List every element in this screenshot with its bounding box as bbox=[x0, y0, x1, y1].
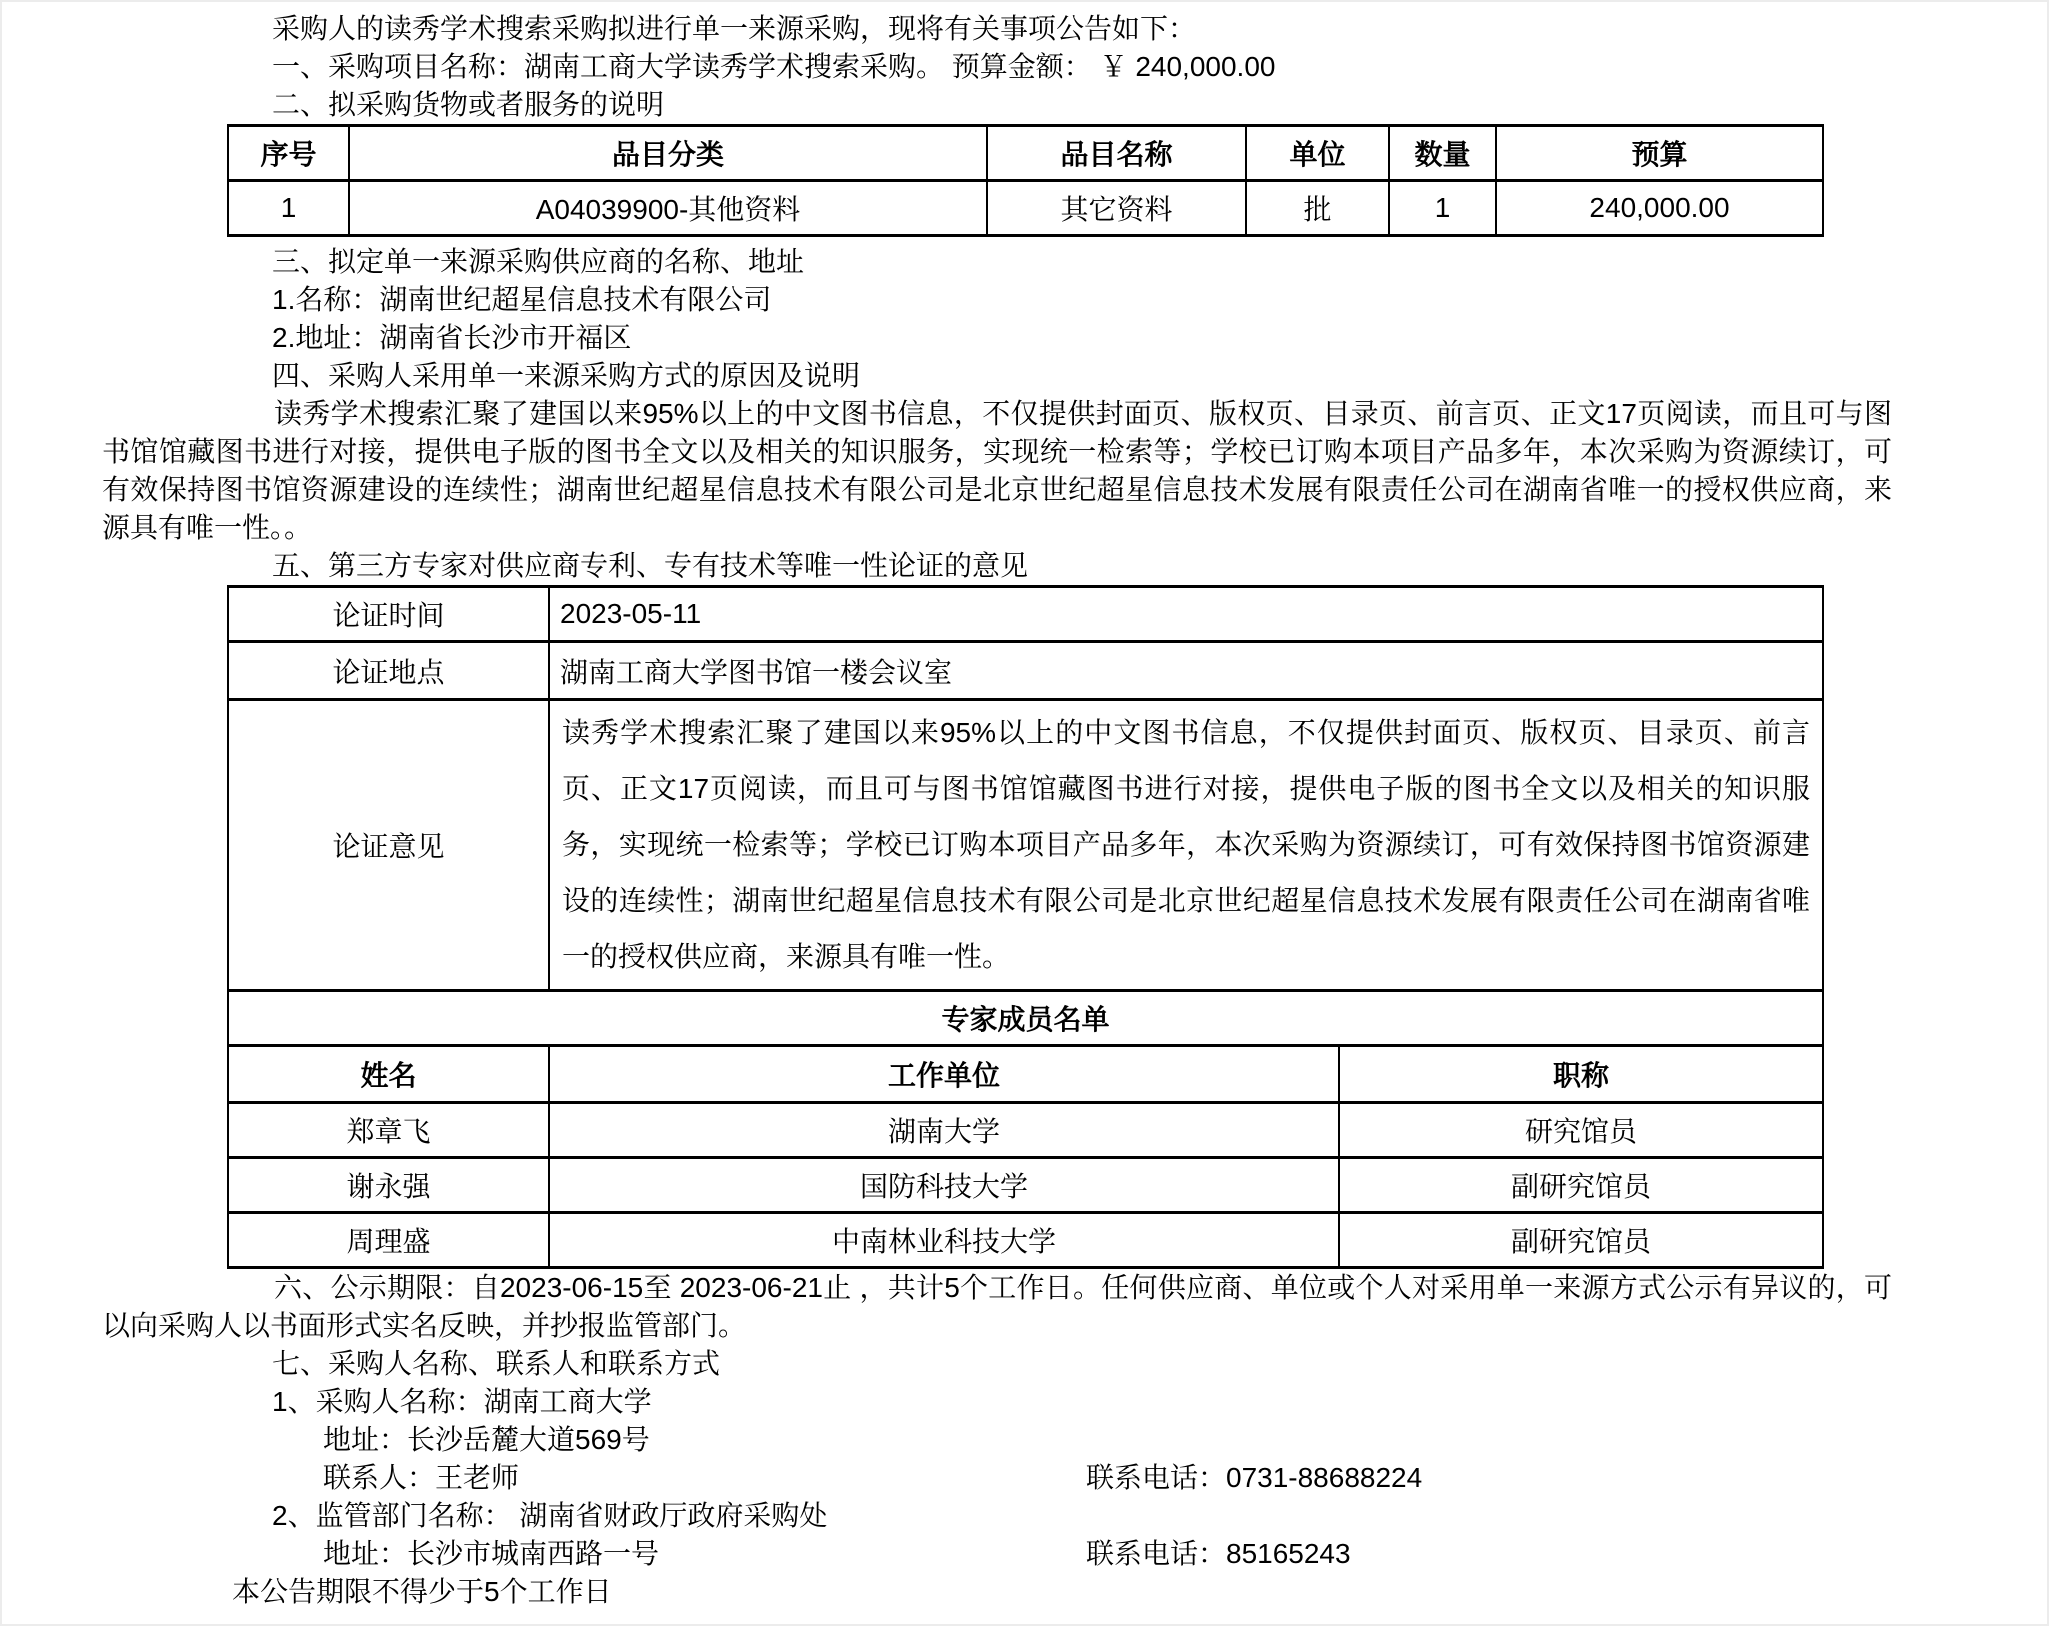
footer-note: 本公告期限不得少于5个工作日 bbox=[102, 1573, 1892, 1611]
experts-header-org: 工作单位 bbox=[549, 1046, 1339, 1103]
expert-org: 湖南大学 bbox=[549, 1103, 1339, 1158]
section-1-project-name: 一、采购项目名称：湖南工商大学读秀学术搜索采购。 预算金额： ￥ 240,000… bbox=[102, 48, 1892, 86]
items-header-quantity: 数量 bbox=[1389, 126, 1496, 181]
demo-place-value: 湖南工商大学图书馆一楼会议室 bbox=[549, 642, 1823, 700]
experts-title: 专家成员名单 bbox=[228, 991, 1823, 1046]
item-unit: 批 bbox=[1246, 181, 1389, 236]
section-7-heading: 七、采购人名称、联系人和联系方式 bbox=[102, 1345, 1892, 1383]
expert-name: 周理盛 bbox=[228, 1213, 549, 1268]
expert-name: 郑章飞 bbox=[228, 1103, 549, 1158]
regulator-address-row: 地址：长沙市城南西路一号 联系电话：85165243 bbox=[102, 1535, 1892, 1573]
experts-title-row: 专家成员名单 bbox=[228, 991, 1823, 1046]
demo-opinion-label: 论证意见 bbox=[228, 700, 549, 991]
expert-row: 谢永强 国防科技大学 副研究馆员 bbox=[228, 1158, 1823, 1213]
demo-time-row: 论证时间 2023-05-11 bbox=[228, 587, 1823, 642]
demo-place-row: 论证地点 湖南工商大学图书馆一楼会议室 bbox=[228, 642, 1823, 700]
purchaser-phone: 联系电话：0731-88688224 bbox=[1086, 1459, 1422, 1497]
expert-title: 副研究馆员 bbox=[1339, 1213, 1823, 1268]
intro-line: 采购人的读秀学术搜索采购拟进行单一来源采购，现将有关事项公告如下： bbox=[102, 10, 1892, 48]
purchaser-contact-row: 联系人：王老师 联系电话：0731-88688224 bbox=[102, 1459, 1892, 1497]
demo-opinion-value: 读秀学术搜索汇聚了建国以来95%以上的中文图书信息，不仅提供封面页、版权页、目录… bbox=[549, 700, 1823, 991]
purchaser-address-line: 地址：长沙岳麓大道569号 bbox=[102, 1421, 1892, 1459]
expert-title: 研究馆员 bbox=[1339, 1103, 1823, 1158]
expert-org: 国防科技大学 bbox=[549, 1158, 1339, 1213]
demo-time-value: 2023-05-11 bbox=[549, 587, 1823, 642]
item-budget: 240,000.00 bbox=[1496, 181, 1823, 236]
expert-org: 中南林业科技大学 bbox=[549, 1213, 1339, 1268]
regulator-phone: 联系电话：85165243 bbox=[1086, 1535, 1351, 1573]
section-6-publicity-period: 六、公示期限：自2023-06-15至 2023-06-21止 ，共计5个工作日… bbox=[102, 1269, 1892, 1345]
section-3-heading: 三、拟定单一来源采购供应商的名称、地址 bbox=[102, 243, 1892, 281]
items-table: 序号 品目分类 品目名称 单位 数量 预算 1 A04039900-其他资料 其… bbox=[227, 124, 1824, 237]
items-header-budget: 预算 bbox=[1496, 126, 1823, 181]
experts-header-title: 职称 bbox=[1339, 1046, 1823, 1103]
items-table-row: 1 A04039900-其他资料 其它资料 批 1 240,000.00 bbox=[228, 181, 1823, 236]
expert-row: 郑章飞 湖南大学 研究馆员 bbox=[228, 1103, 1823, 1158]
items-header-unit: 单位 bbox=[1246, 126, 1389, 181]
expert-row: 周理盛 中南林业科技大学 副研究馆员 bbox=[228, 1213, 1823, 1268]
items-header-seq: 序号 bbox=[228, 126, 349, 181]
experts-header-name: 姓名 bbox=[228, 1046, 549, 1103]
item-category: A04039900-其他资料 bbox=[349, 181, 987, 236]
section-4-body: 读秀学术搜索汇聚了建国以来95%以上的中文图书信息，不仅提供封面页、版权页、目录… bbox=[102, 395, 1892, 547]
purchaser-name-line: 1、采购人名称：湖南工商大学 bbox=[102, 1383, 1892, 1421]
section-5-heading: 五、第三方专家对供应商专利、专有技术等唯一性论证的意见 bbox=[102, 547, 1892, 585]
expert-name: 谢永强 bbox=[228, 1158, 549, 1213]
supplier-name-line: 1.名称：湖南世纪超星信息技术有限公司 bbox=[102, 281, 1892, 319]
regulator-name-line: 2、监管部门名称： 湖南省财政厅政府采购处 bbox=[102, 1497, 1892, 1535]
items-header-name: 品目名称 bbox=[987, 126, 1246, 181]
expert-title: 副研究馆员 bbox=[1339, 1158, 1823, 1213]
announcement-document: 采购人的读秀学术搜索采购拟进行单一来源采购，现将有关事项公告如下： 一、采购项目… bbox=[0, 0, 2049, 1626]
items-table-header-row: 序号 品目分类 品目名称 单位 数量 预算 bbox=[228, 126, 1823, 181]
item-name: 其它资料 bbox=[987, 181, 1246, 236]
section-2-heading: 二、拟采购货物或者服务的说明 bbox=[102, 86, 1892, 124]
supplier-address-line: 2.地址：湖南省长沙市开福区 bbox=[102, 319, 1892, 357]
purchaser-contact-person: 联系人：王老师 bbox=[323, 1462, 519, 1493]
demo-opinion-row: 论证意见 读秀学术搜索汇聚了建国以来95%以上的中文图书信息，不仅提供封面页、版… bbox=[228, 700, 1823, 991]
demo-place-label: 论证地点 bbox=[228, 642, 549, 700]
regulator-address: 地址：长沙市城南西路一号 bbox=[323, 1538, 659, 1569]
demo-time-label: 论证时间 bbox=[228, 587, 549, 642]
section-4-heading: 四、采购人采用单一来源采购方式的原因及说明 bbox=[102, 357, 1892, 395]
items-header-category: 品目分类 bbox=[349, 126, 987, 181]
item-seq: 1 bbox=[228, 181, 349, 236]
demonstration-table: 论证时间 2023-05-11 论证地点 湖南工商大学图书馆一楼会议室 论证意见… bbox=[227, 585, 1824, 1269]
experts-header-row: 姓名 工作单位 职称 bbox=[228, 1046, 1823, 1103]
item-quantity: 1 bbox=[1389, 181, 1496, 236]
